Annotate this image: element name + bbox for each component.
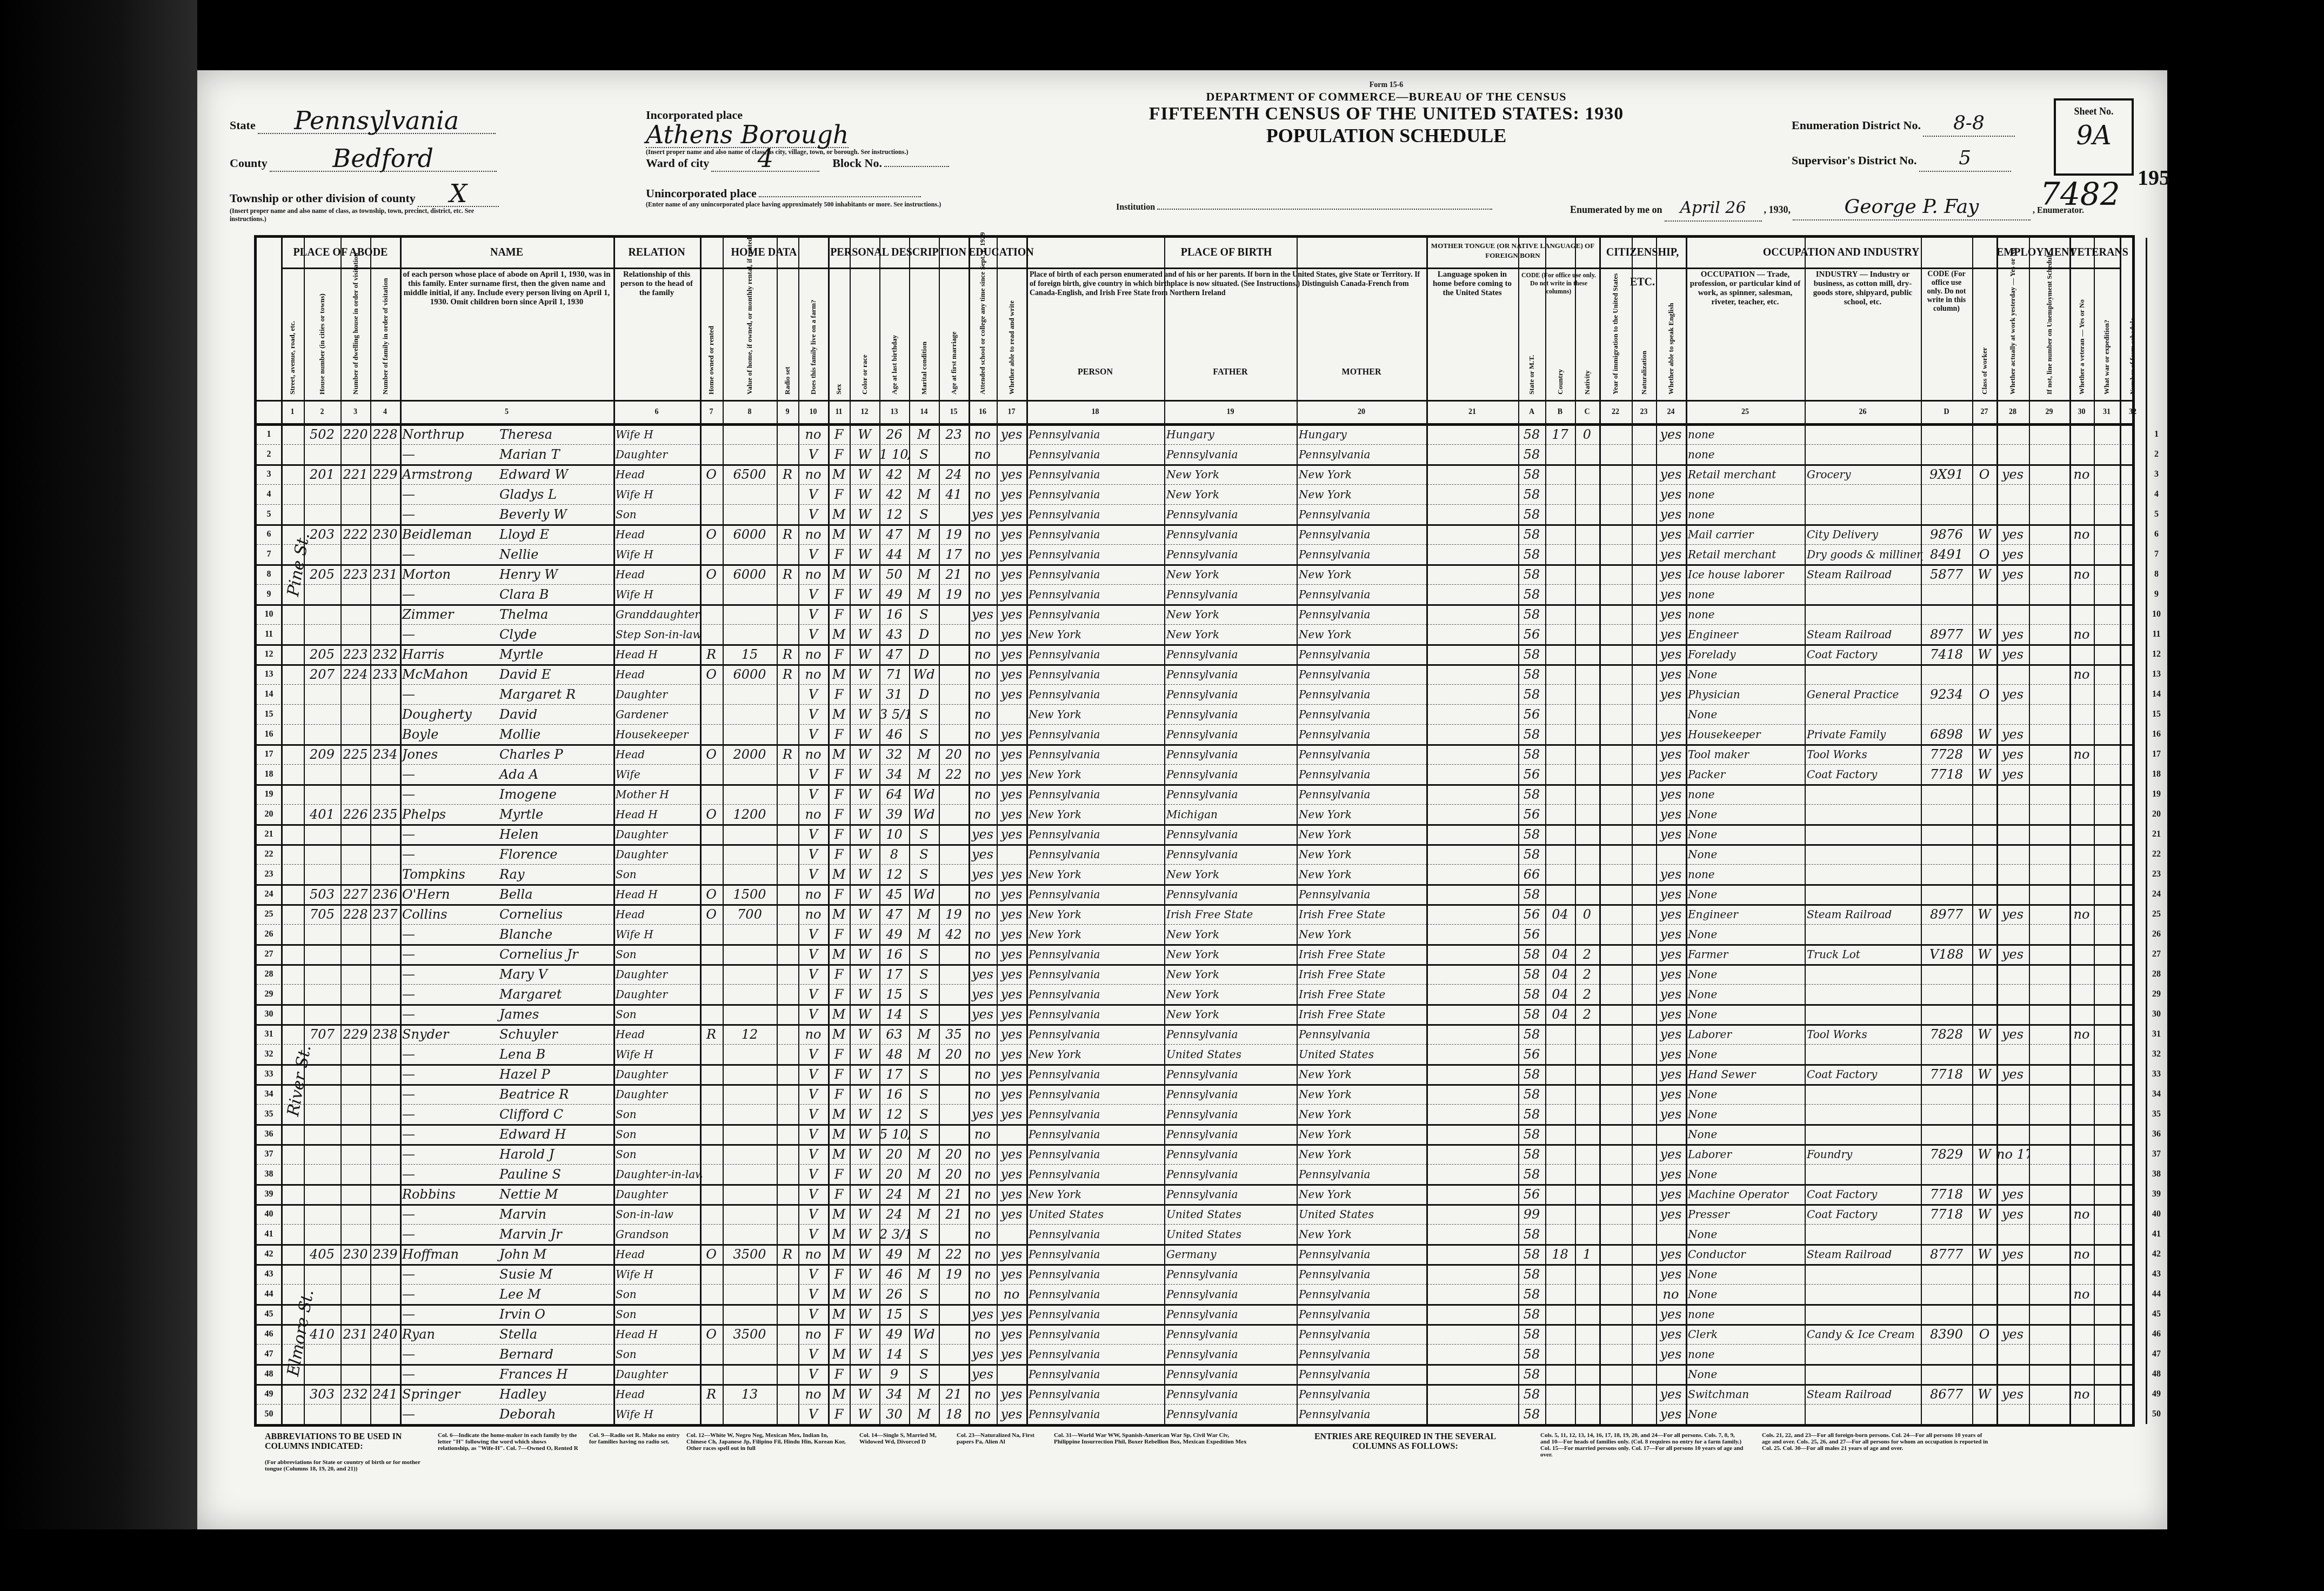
cell-sex: F [828,584,850,604]
cell-mbp: Pennsylvania [1297,1284,1428,1304]
line-number-right: 45 [2146,1304,2167,1324]
cell-vet [2069,884,2094,904]
cell-speak: yes [1656,424,1686,444]
cell-war [2094,1024,2120,1044]
cell-code_c [1575,564,1599,584]
cell-vet [2069,1344,2094,1364]
cell-surname: — [400,1144,499,1164]
cell-farmsch [2120,804,2146,824]
cell-value [723,1404,777,1424]
cell-farm: V [798,1064,828,1084]
cell-fbp: New York [1164,964,1299,984]
cell-rel: Daughter [613,684,702,704]
cell-farm: no [798,664,828,684]
cell-age: 26 [879,1284,909,1304]
column-header-race: Color or race [850,238,880,400]
cell-farm: V [798,944,828,964]
cell-age: 8 [879,844,909,864]
cell-ind: Steam Railroad [1805,1244,1923,1264]
cell-ind [1805,864,1923,884]
cell-agem [939,964,969,984]
cell-code_c [1575,1144,1599,1164]
cell-speak: yes [1656,1104,1686,1124]
cell-sex: M [828,1244,850,1264]
cell-sex: M [828,1204,850,1224]
cell-nat [1632,664,1656,684]
cell-sex: F [828,1164,850,1184]
cell-fam [370,1184,400,1204]
cell-value [723,1264,777,1284]
cell-war [2094,664,2120,684]
cell-radio [777,1304,798,1324]
cell-code_c [1575,624,1599,644]
cell-house [304,864,340,884]
cell-race: W [850,884,879,904]
cell-read: yes [997,904,1026,924]
cell-unemp [2029,964,2069,984]
cell-surname: — [400,1044,499,1064]
cell-fbp: Pennsylvania [1164,584,1299,604]
cell-farmsch [2120,1384,2146,1404]
cell-surname: — [400,1164,499,1184]
cell-war [2094,944,2120,964]
cell-dwell [340,964,370,984]
column-number: 29 [2029,402,2069,423]
cell-code_b [1545,864,1575,884]
abbrev-note: (For abbreviations for State or country … [265,1459,427,1472]
cell-speak: yes [1656,1064,1686,1084]
cell-war [2094,764,2120,784]
cell-ind: Grocery [1805,464,1923,484]
cell-code_c [1575,1124,1599,1144]
ed-label: Enumeration District No. [1792,118,1921,132]
cell-read: yes [997,1024,1026,1044]
cell-radio [777,424,798,444]
cell-war [2094,1284,2120,1304]
cell-agem [939,824,969,844]
cell-bp: Pennsylvania [1026,1064,1166,1084]
cell-radio [777,544,798,564]
cell-lang [1426,544,1518,564]
cell-vet [2069,684,2094,704]
cell-age: 50 [879,564,909,584]
cell-house [304,584,340,604]
cell-line: 31 [257,1024,281,1044]
line-number-right: 19 [2146,784,2167,804]
cell-read: yes [997,524,1026,544]
cell-code_b [1545,1224,1575,1244]
cell-race: W [850,1244,879,1264]
cell-cls [1972,424,1996,444]
cell-radio [777,1024,798,1044]
cell-school: no [969,1124,997,1144]
cell-radio [777,1184,798,1204]
column-rule [370,238,371,1424]
cell-agem [939,1104,969,1124]
cell-bp: New York [1026,1044,1166,1064]
cell-ind [1805,1404,1923,1424]
cell-war [2094,644,2120,664]
cell-read: yes [997,804,1026,824]
cell-fam [370,1284,400,1304]
enumerated-label: Enumerated by me on [1570,204,1662,215]
cell-lang [1426,1284,1518,1304]
cell-nat [1632,1284,1656,1304]
cell-read [997,1124,1026,1144]
cell-surname: — [400,684,499,704]
cell-surname: Harris [400,644,499,664]
cell-code_a: 58 [1518,1124,1545,1144]
cell-value: 15 [723,644,777,664]
cell-lang [1426,1064,1518,1084]
cell-farmsch [2120,1144,2146,1164]
line-number-right: 39 [2146,1184,2167,1204]
cell-mbp: New York [1297,824,1428,844]
cell-occ: none [1686,504,1807,524]
cell-line: 47 [257,1344,281,1364]
cell-rel: Wife H [613,424,702,444]
cell-mbp: United States [1297,1204,1428,1224]
cell-bp: Pennsylvania [1026,1304,1166,1324]
census-title: FIFTEENTH CENSUS OF THE UNITED STATES: 1… [1116,104,1657,124]
cell-sex: M [828,524,850,544]
cell-war [2094,564,2120,584]
cell-fam [370,924,400,944]
cell-war [2094,1104,2120,1124]
cell-dwell [340,684,370,704]
cell-house [304,1124,340,1144]
cell-mar: M [909,764,939,784]
cell-mbp: Pennsylvania [1297,584,1428,604]
cell-work [1996,1084,2029,1104]
cell-read: yes [997,964,1026,984]
line-number-right: 8 [2146,564,2167,584]
cell-lang [1426,1104,1518,1124]
cell-value [723,944,777,964]
cell-mar: M [909,564,939,584]
cell-dwell [340,1284,370,1304]
cell-unemp [2029,1344,2069,1364]
cell-vet [2069,484,2094,504]
cell-fbp: New York [1164,1004,1299,1024]
cell-mbp: Pennsylvania [1297,504,1428,524]
cell-speak: yes [1656,784,1686,804]
cell-read: yes [997,864,1026,884]
cell-code_c [1575,1024,1599,1044]
cell-house [304,604,340,624]
cell-fbp: Pennsylvania [1164,824,1299,844]
cell-war [2094,544,2120,564]
cell-bp: Pennsylvania [1026,824,1166,844]
cell-imm [1599,984,1632,1004]
cell-mbp: New York [1297,624,1428,644]
cell-war [2094,464,2120,484]
line-number-right: 20 [2146,804,2167,824]
cell-bp: Pennsylvania [1026,1384,1166,1404]
cell-mbp: Pennsylvania [1297,1244,1428,1264]
cell-work [1996,864,2029,884]
cell-race: W [850,1164,879,1184]
cell-race: W [850,1404,879,1424]
cell-given: Ray [497,864,616,884]
cell-mbp: New York [1297,1124,1428,1144]
cell-nat [1632,964,1656,984]
cell-agem: 19 [939,584,969,604]
line-number-right: 23 [2146,864,2167,884]
cell-agem: 20 [939,744,969,764]
cell-cls [1972,784,1996,804]
cell-dwell [340,544,370,564]
cell-lang [1426,1224,1518,1244]
cell-unemp [2029,844,2069,864]
cell-rel: Daughter [613,984,702,1004]
cell-mar: M [909,924,939,944]
cell-farmsch [2120,1284,2146,1304]
cell-dwell [340,444,370,464]
cell-code_c [1575,784,1599,804]
cell-work [1996,1004,2029,1024]
cell-code_c [1575,884,1599,904]
cell-value [723,504,777,524]
line-number-right: 15 [2146,704,2167,724]
cell-nat [1632,764,1656,784]
cell-vet [2069,844,2094,864]
cell-cls [1972,1364,1996,1384]
cell-read: yes [997,684,1026,704]
cell-mar: S [909,724,939,744]
cell-farmsch [2120,524,2146,544]
cell-own [700,984,723,1004]
cell-radio [777,1384,798,1404]
cell-farmsch [2120,1084,2146,1104]
cell-given: Harold J [497,1144,616,1164]
cell-rel: Wife H [613,924,702,944]
column-rule [304,238,305,1424]
cell-war [2094,964,2120,984]
cell-vet: no [2069,564,2094,584]
cell-school: no [969,884,997,904]
cell-work [1996,704,2029,724]
line-number-right: 38 [2146,1164,2167,1184]
table-row: 1502220228NorthrupTheresaWife HnoFW26M23… [257,424,2132,445]
cell-own: O [700,464,723,484]
cell-imm [1599,1144,1632,1164]
cell-cls [1972,1404,1996,1424]
cell-bp: Pennsylvania [1026,1284,1166,1304]
column-header-mbp: MOTHER [1297,238,1427,400]
cell-occ: None [1686,1124,1807,1144]
cell-sex: M [828,624,850,644]
cell-war [2094,1044,2120,1064]
cell-occ: None [1686,844,1807,864]
cell-race: W [850,1264,879,1284]
cell-rel: Daughter [613,1064,702,1084]
cell-surname: — [400,504,499,524]
cell-read [997,844,1026,864]
cell-agem [939,1064,969,1084]
cell-dwell [340,704,370,724]
cell-cls [1972,1124,1996,1144]
cell-ind [1805,424,1923,444]
cell-code_a: 58 [1518,444,1545,464]
cell-mar: S [909,504,939,524]
cell-read [997,444,1026,464]
column-rule [909,238,910,1424]
cell-fam [370,1104,400,1124]
cell-code_b [1545,484,1575,504]
cell-code_d [1921,1084,1972,1104]
cell-vet [2069,504,2094,524]
cell-code_a: 58 [1518,544,1545,564]
cell-nat [1632,444,1656,464]
cell-mbp: Pennsylvania [1297,744,1428,764]
cell-imm [1599,824,1632,844]
cell-mar: M [909,1204,939,1224]
cell-farm: V [798,624,828,644]
cell-vet [2069,1104,2094,1124]
cell-rel: Gardener [613,704,702,724]
cell-mar: M [909,464,939,484]
cell-code_b [1545,1324,1575,1344]
cell-vet: no [2069,1204,2094,1224]
cell-work: no 17 [1996,1144,2029,1164]
cell-war [2094,624,2120,644]
cell-own [700,1264,723,1284]
cell-mbp: Hungary [1297,424,1428,444]
column-number: 7 [700,402,723,423]
cell-fam [370,1364,400,1384]
cell-school: no [969,1264,997,1284]
cell-code_d [1921,604,1972,624]
cell-mar: S [909,964,939,984]
township-value: X [418,181,499,207]
cell-age: 14 [879,1344,909,1364]
cell-race: W [850,804,879,824]
cell-agem: 20 [939,1044,969,1064]
cell-age: 71 [879,664,909,684]
cell-race: W [850,824,879,844]
cell-code_b [1545,704,1575,724]
cell-agem [939,1224,969,1244]
enumerator-name: George P. Fay [1793,195,2031,220]
cell-school: no [969,1044,997,1064]
cell-imm [1599,1044,1632,1064]
column-number: 6 [613,402,700,423]
cell-lang [1426,784,1518,804]
cell-rel: Wife [613,764,702,784]
cell-read: yes [997,584,1026,604]
cell-radio: R [777,1244,798,1264]
cell-line: 50 [257,1404,281,1424]
cell-house [304,704,340,724]
cell-code_c [1575,644,1599,664]
cell-value [723,964,777,984]
column-number: 21 [1426,402,1518,423]
cell-code_a: 56 [1518,804,1545,824]
cell-occ: Engineer [1686,904,1807,924]
table-row: 15DoughertyDavidGardenerVMW3 5/12SnoNew … [257,704,2132,725]
cell-code_b [1545,744,1575,764]
cell-mbp: Pennsylvania [1297,784,1428,804]
cell-farm: V [798,1124,828,1144]
line-number-right: 43 [2146,1264,2167,1284]
cell-nat [1632,904,1656,924]
column-rule [2069,238,2071,1424]
cell-imm [1599,584,1632,604]
cell-given: Imogene [497,784,616,804]
cell-farm: no [798,524,828,544]
cell-mar: S [909,1124,939,1144]
cell-farm: V [798,984,828,1004]
cell-dwell: 222 [340,524,370,544]
cell-lang [1426,1184,1518,1204]
cell-war [2094,1364,2120,1384]
cell-occ: Physician [1686,684,1807,704]
cell-ind [1805,1124,1923,1144]
cell-war [2094,1164,2120,1184]
cell-work [1996,584,2029,604]
cell-code_a: 58 [1518,1264,1545,1284]
cell-lang [1426,984,1518,1004]
cell-sex: M [828,1004,850,1024]
cell-age: 48 [879,1044,909,1064]
cell-school: no [969,1404,997,1424]
cell-race: W [850,1104,879,1124]
cell-nat [1632,504,1656,524]
cell-given: Clyde [497,624,616,644]
cell-occ: None [1686,924,1807,944]
cell-code_a: 58 [1518,604,1545,624]
column-number: A [1518,402,1545,423]
cell-fbp: Pennsylvania [1164,744,1299,764]
cell-farmsch [2120,904,2146,924]
cell-agem [939,1284,969,1304]
column-rule [1599,238,1601,1424]
cell-line: 30 [257,1004,281,1024]
cell-fbp: Pennsylvania [1164,504,1299,524]
cell-dwell [340,1184,370,1204]
cell-code_b [1545,1184,1575,1204]
cell-dwell [340,864,370,884]
cell-agem: 18 [939,1404,969,1424]
cell-vet [2069,1004,2094,1024]
cell-line: 44 [257,1284,281,1304]
line-number-right: 28 [2146,964,2167,984]
cell-bp: New York [1026,1184,1166,1204]
cell-mar: M [909,1404,939,1424]
cell-code_b [1545,1064,1575,1084]
cell-own [700,944,723,964]
cell-fam [370,484,400,504]
line-number-right: 22 [2146,844,2167,864]
cell-lang [1426,1144,1518,1164]
cell-agem [939,804,969,824]
cell-fam: 234 [370,744,400,764]
cell-war [2094,744,2120,764]
cell-farm: V [798,604,828,624]
cell-agem [939,684,969,704]
cell-imm [1599,904,1632,924]
table-row: 26—BlancheWife HVFW49M42noyesNew YorkNew… [257,924,2132,946]
table-row: 9—Clara BWife HVFW49M19noyesPennsylvania… [257,584,2132,606]
cell-farmsch [2120,444,2146,464]
cell-own [700,1124,723,1144]
cell-race: W [850,844,879,864]
cell-speak: yes [1656,464,1686,484]
cell-unemp [2029,944,2069,964]
table-row: 40—MarvinSon-in-lawVMW24M21noyesUnited S… [257,1204,2132,1225]
cell-own [700,1204,723,1224]
